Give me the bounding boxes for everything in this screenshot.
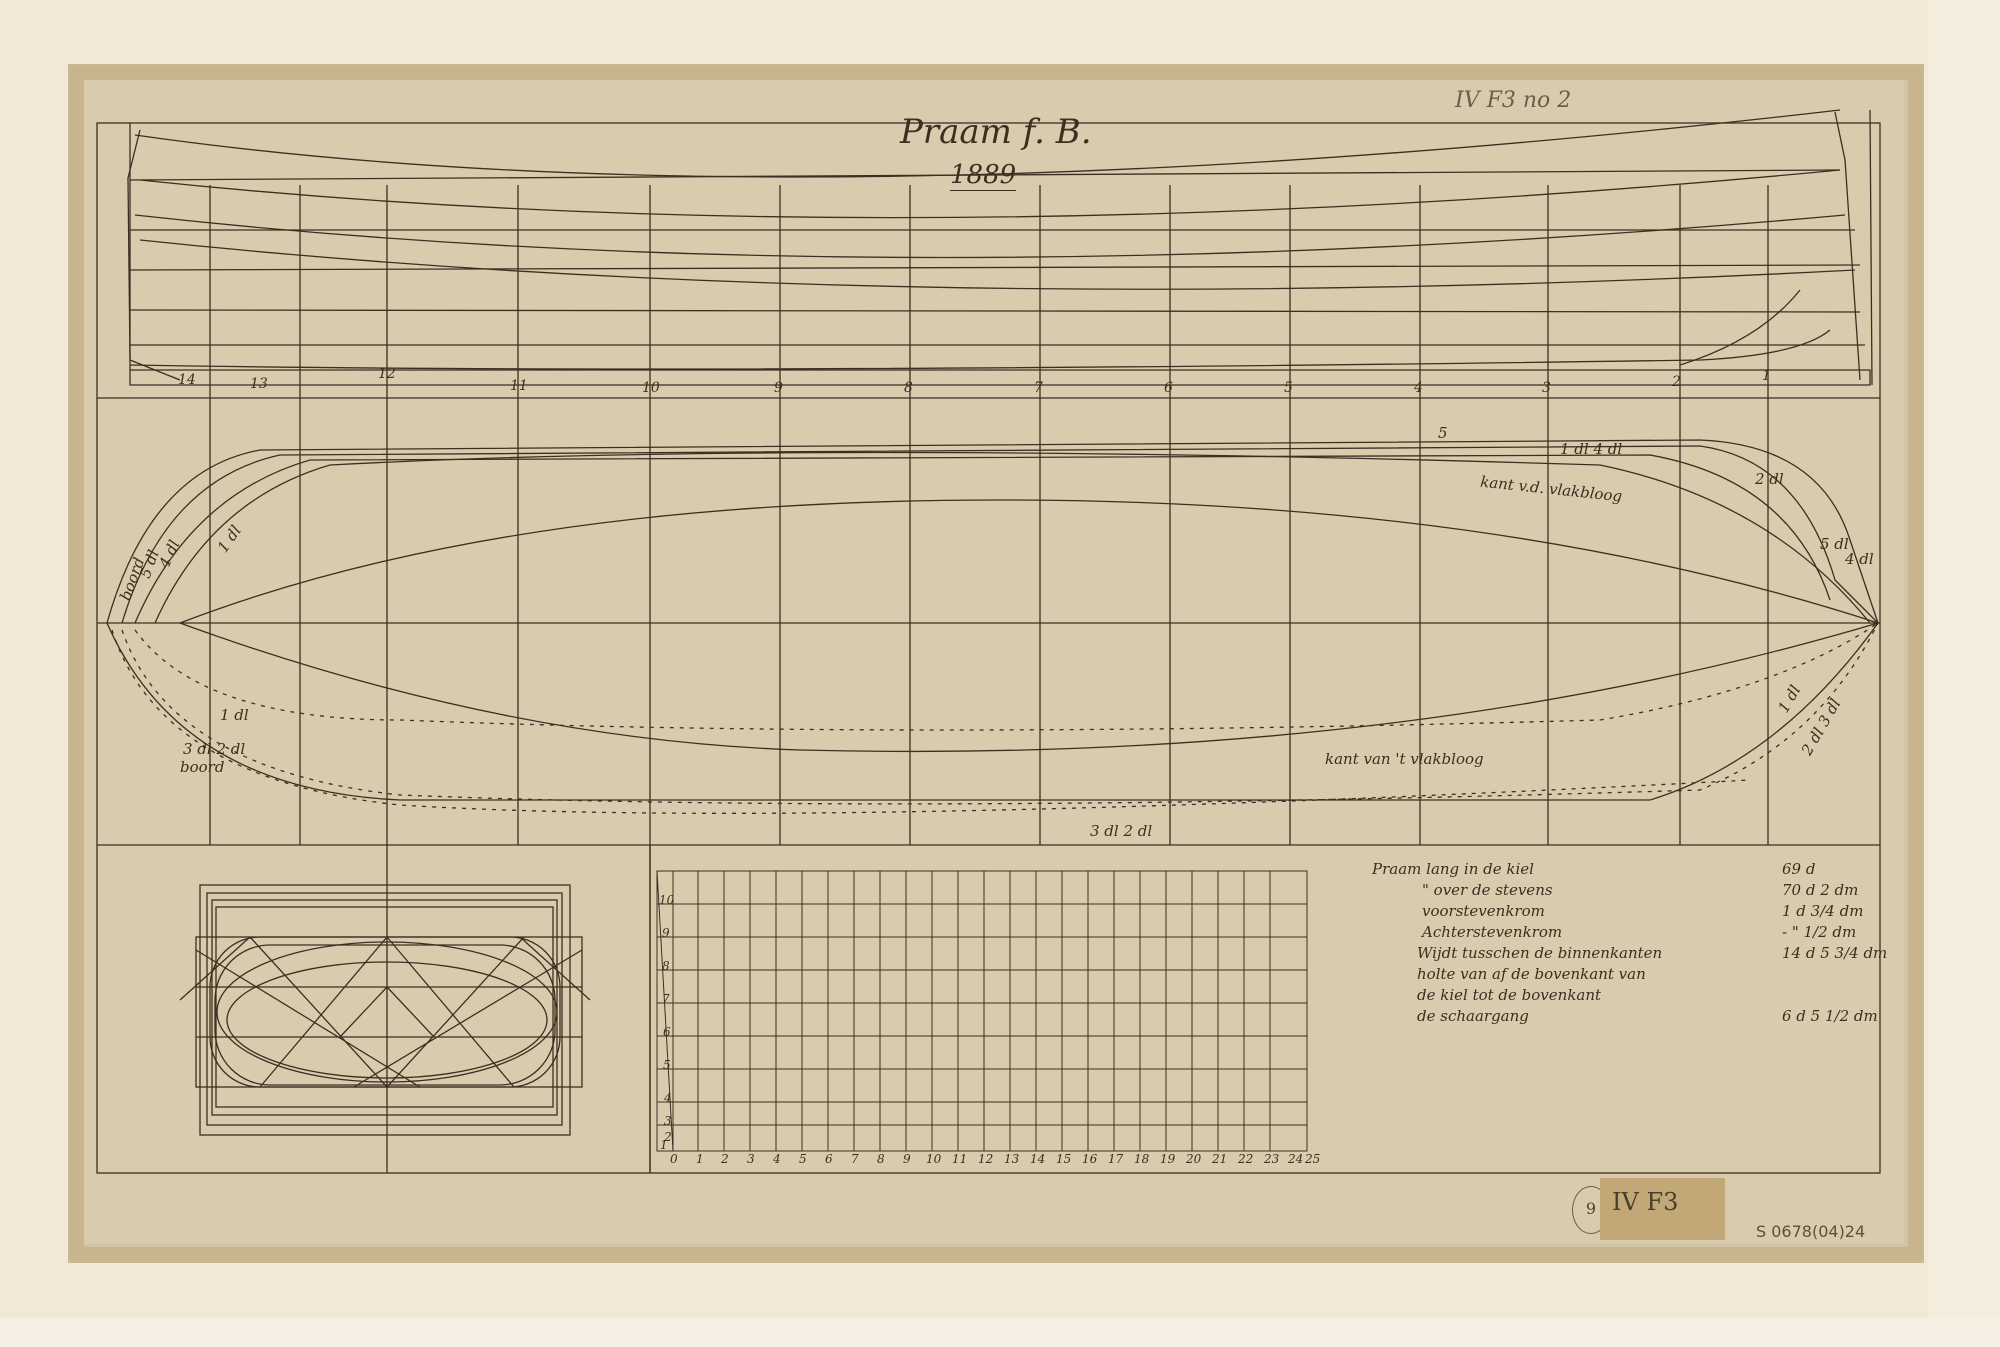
station-label: 8 xyxy=(904,380,913,396)
annotation: 3 dl 2 dl xyxy=(183,740,245,758)
spec-value: 14 d 5 3/4 dm xyxy=(1782,944,1887,962)
archive-inventory-id: S 0678(04)24 xyxy=(1756,1222,1865,1241)
grid-x-label: 2 xyxy=(721,1152,729,1166)
grid-x-label: 15 xyxy=(1056,1152,1071,1166)
station-label: 11 xyxy=(510,378,528,394)
grid-x-label: 16 xyxy=(1082,1152,1097,1166)
annotation: boord xyxy=(180,758,224,776)
grid-x-label: 4 xyxy=(773,1152,781,1166)
annotation: 1 dl xyxy=(220,706,249,724)
grid-x-label: 0 xyxy=(670,1152,678,1166)
grid-x-label: 3 xyxy=(747,1152,755,1166)
grid-y-label: 5 xyxy=(663,1058,671,1072)
grid-y-label: 10 xyxy=(659,893,674,907)
annotation: 2 dl xyxy=(1755,470,1784,488)
grid-x-label: 19 xyxy=(1160,1152,1175,1166)
spec-value: - " 1/2 dm xyxy=(1782,923,1856,941)
annotation: kant van 't vlakbloog xyxy=(1325,750,1484,768)
spec-value: 69 d xyxy=(1782,860,1815,878)
lines-plan-drawing xyxy=(0,0,2000,1347)
spec-row: " over de stevens70 d 2 dm xyxy=(1372,881,1932,902)
grid-x-label: 14 xyxy=(1030,1152,1045,1166)
grid-x-label: 5 xyxy=(799,1152,807,1166)
grid-x-label: 12 xyxy=(978,1152,993,1166)
grid-y-label: 8 xyxy=(662,959,670,973)
spec-value: 1 d 3/4 dm xyxy=(1782,902,1863,920)
annotation: 3 dl 2 dl xyxy=(1090,822,1152,840)
grid-x-label: 23 xyxy=(1264,1152,1279,1166)
station-label: 10 xyxy=(642,380,660,396)
grid-x-label: 6 xyxy=(825,1152,833,1166)
grid-y-label: 1 xyxy=(660,1138,668,1152)
grid-y-label: 3 xyxy=(664,1114,672,1128)
grid-x-label: 8 xyxy=(877,1152,885,1166)
spec-value: 6 d 5 1/2 dm xyxy=(1782,1007,1878,1025)
grid-x-label: 21 xyxy=(1212,1152,1227,1166)
annotation: 4 dl xyxy=(1845,550,1874,568)
spec-row: Achterstevenkrom- " 1/2 dm xyxy=(1372,923,1932,944)
station-label: 9 xyxy=(774,380,783,396)
reference-number-top: IV F3 no 2 xyxy=(1455,88,1571,113)
drawing-title: Praam f. B. xyxy=(900,112,1092,152)
station-label: 13 xyxy=(250,376,268,392)
annotation: 5 xyxy=(1438,424,1448,442)
station-label: 3 xyxy=(1542,380,1551,396)
drawing-year: 1889 xyxy=(950,160,1016,191)
spec-label: Achterstevenkrom xyxy=(1422,923,1562,941)
spec-row: de kiel tot de bovenkant xyxy=(1372,986,1932,1007)
spec-row: voorstevenkrom1 d 3/4 dm xyxy=(1372,902,1932,923)
spec-value: 70 d 2 dm xyxy=(1782,881,1858,899)
spec-label: Wijdt tusschen de binnenkanten xyxy=(1417,944,1662,962)
annotation: 1 dl 4 dl xyxy=(1560,440,1622,458)
grid-y-label: 9 xyxy=(662,926,670,940)
grid-x-label: 10 xyxy=(926,1152,941,1166)
station-label: 1 xyxy=(1762,368,1771,384)
grid-x-label: 17 xyxy=(1108,1152,1123,1166)
station-label: 5 xyxy=(1284,380,1293,396)
specifications-table: Praam lang in de kiel69 d " over de stev… xyxy=(1372,860,1932,1028)
grid-x-label: 18 xyxy=(1134,1152,1149,1166)
spec-row: de schaargang6 d 5 1/2 dm xyxy=(1372,1007,1932,1028)
grid-x-label: 25 xyxy=(1305,1152,1320,1166)
grid-y-label: 4 xyxy=(664,1091,672,1105)
spec-label: de kiel tot de bovenkant xyxy=(1417,986,1601,1004)
grid-x-label: 13 xyxy=(1004,1152,1019,1166)
grid-y-label: 7 xyxy=(662,992,670,1006)
spec-label: voorstevenkrom xyxy=(1422,902,1545,920)
station-label: 6 xyxy=(1164,380,1173,396)
station-label: 14 xyxy=(178,372,196,388)
station-label: 2 xyxy=(1672,374,1681,390)
grid-x-label: 22 xyxy=(1238,1152,1253,1166)
grid-x-label: 1 xyxy=(696,1152,704,1166)
spec-label: " over de stevens xyxy=(1422,881,1553,899)
body-plan xyxy=(180,885,590,1135)
spec-row: Wijdt tusschen de binnenkanten14 d 5 3/4… xyxy=(1372,944,1932,965)
scale-grid xyxy=(657,871,1307,1151)
grid-x-label: 7 xyxy=(851,1152,859,1166)
station-label: 7 xyxy=(1034,380,1043,396)
grid-x-label: 20 xyxy=(1186,1152,1201,1166)
spec-label: holte van af de bovenkant van xyxy=(1417,965,1646,983)
grid-x-label: 24 xyxy=(1288,1152,1303,1166)
grid-x-label: 9 xyxy=(903,1152,911,1166)
station-label: 12 xyxy=(378,366,396,382)
spec-row: Praam lang in de kiel69 d xyxy=(1372,860,1932,881)
spec-label: Praam lang in de kiel xyxy=(1372,860,1534,878)
spec-label: de schaargang xyxy=(1417,1007,1529,1025)
station-label: 4 xyxy=(1414,380,1423,396)
spec-row: holte van af de bovenkant van xyxy=(1372,965,1932,986)
grid-x-label: 11 xyxy=(952,1152,967,1166)
archive-label-text: IV F3 xyxy=(1612,1188,1678,1216)
grid-y-label: 6 xyxy=(663,1025,671,1039)
